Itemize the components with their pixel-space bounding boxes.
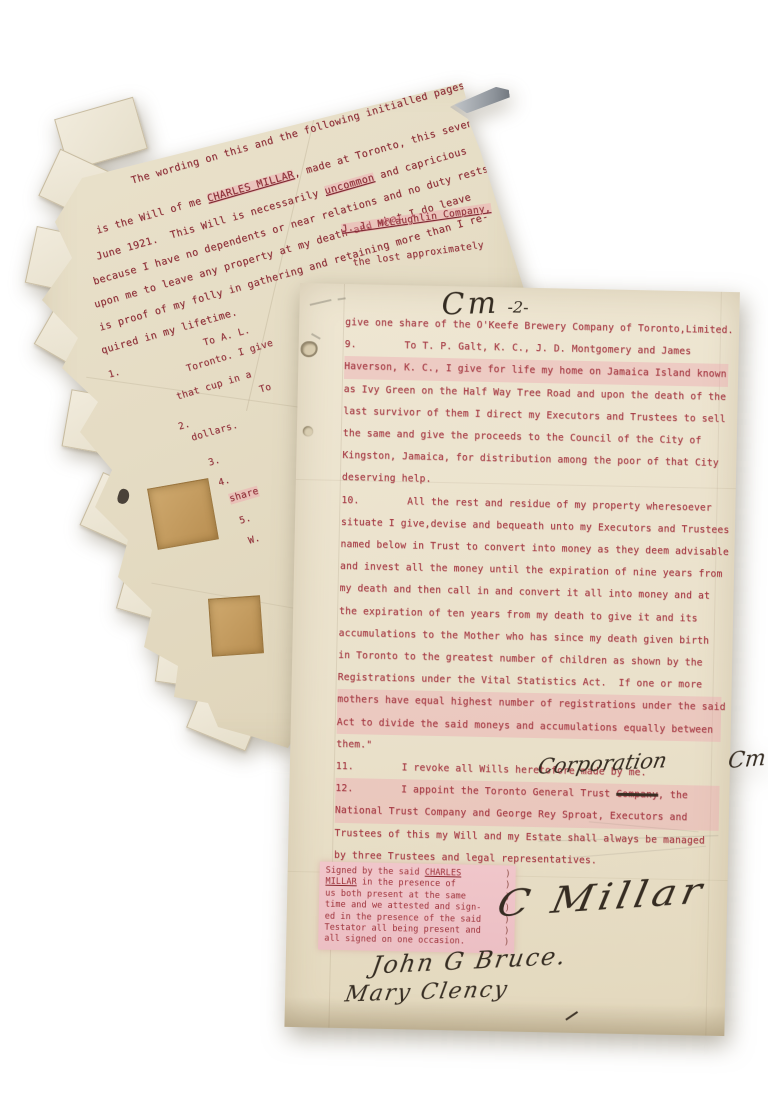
kraft-tape-patch <box>208 595 264 656</box>
attestation-lines: Signed by the said CHARLES)MILLAR in the… <box>324 866 511 950</box>
typed-fragment: To <box>258 381 273 395</box>
typed-fragment: share <box>228 486 260 505</box>
pen-tick-mark <box>565 1011 578 1020</box>
typed-fragment: 4. <box>217 475 232 489</box>
page2-typed-text: give one share of the O'Keefe Brewery Co… <box>334 312 730 875</box>
punch-hole <box>303 426 313 436</box>
will-page-2: Cm -2- give one share of the O'Keefe Bre… <box>284 283 739 1036</box>
photo-of-will-documents: Cm 1 The wording on this and the followi… <box>0 0 768 1098</box>
typed-fragment: dollars. <box>190 420 239 444</box>
typed-fragment: 2. <box>177 419 192 433</box>
typed-fragment: 1. <box>107 367 122 381</box>
pencil-mark <box>311 333 321 340</box>
kraft-tape-patch <box>147 478 219 550</box>
testator-signature: C Millar <box>494 870 710 925</box>
attestation-clause: Signed by the said CHARLES)MILLAR in the… <box>318 862 516 954</box>
typed-fragment: Toronto. I give <box>185 338 275 375</box>
typed-line: quired in my lifetime. <box>100 307 239 357</box>
typed-fragment: that cup in a <box>175 369 253 402</box>
dark-tear-spot <box>116 488 131 506</box>
witness-signature-2: Mary Clency <box>343 977 511 1007</box>
typed-fragment: W. <box>247 533 262 547</box>
typed-fragment: 5. <box>238 513 253 527</box>
handwritten-page-number: -2- <box>507 297 528 316</box>
page2-paper: Cm -2- give one share of the O'Keefe Bre… <box>284 283 739 1036</box>
typed-fragment: 3. <box>207 455 222 469</box>
torn-punch-hole <box>300 341 317 357</box>
handwritten-correction-initials: Cm <box>727 746 767 774</box>
pencil-mark <box>310 299 332 306</box>
